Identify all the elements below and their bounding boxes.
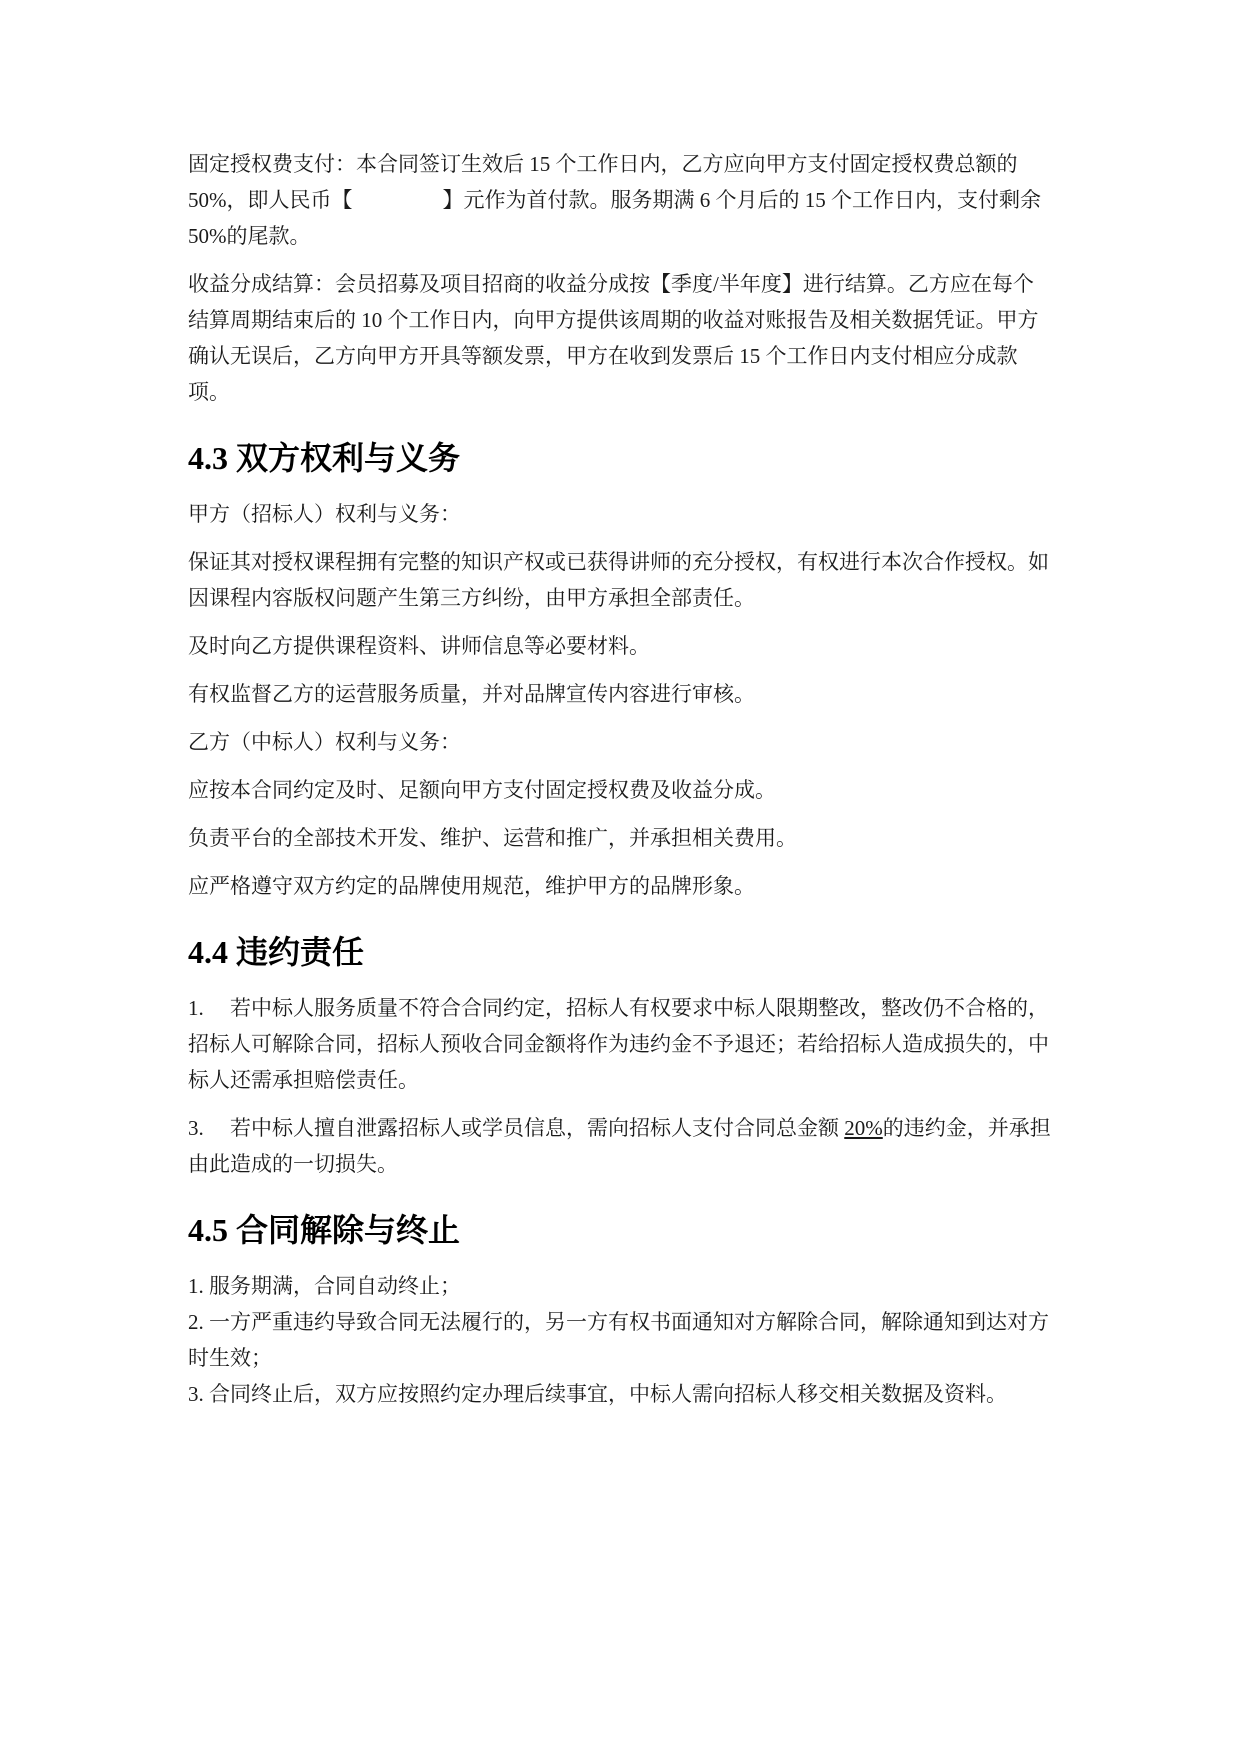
party-b-item: 应按本合同约定及时、足额向甲方支付固定授权费及收益分成。	[188, 772, 1054, 808]
document-page: 固定授权费支付：本合同签订生效后 15 个工作日内，乙方应向甲方支付固定授权费总…	[188, 146, 1054, 1412]
item-number: 1.	[188, 990, 230, 1026]
party-a-item: 保证其对授权课程拥有完整的知识产权或已获得讲师的充分授权，有权进行本次合作授权。…	[188, 544, 1054, 616]
item-text: 若中标人服务质量不符合合同约定，招标人有权要求中标人限期整改，整改仍不合格的，招…	[188, 996, 1049, 1092]
party-b-item: 负责平台的全部技术开发、维护、运营和推广，并承担相关费用。	[188, 820, 1054, 856]
section-4-5-heading: 4.5 合同解除与终止	[188, 1208, 1054, 1252]
section-4-3-heading: 4.3 双方权利与义务	[188, 436, 1054, 480]
party-a-title: 甲方（招标人）权利与义务：	[188, 496, 1054, 532]
revenue-share-paragraph: 收益分成结算：会员招募及项目招商的收益分成按【季度/半年度】进行结算。乙方应在每…	[188, 266, 1054, 410]
termination-item: 3. 合同终止后，双方应按照约定办理后续事宜，中标人需向招标人移交相关数据及资料…	[188, 1376, 1054, 1412]
breach-item-3: 3.若中标人擅自泄露招标人或学员信息，需向招标人支付合同总金额 20%的违约金，…	[188, 1110, 1054, 1182]
termination-item: 1. 服务期满，合同自动终止；	[188, 1268, 1054, 1304]
party-a-item: 有权监督乙方的运营服务质量，并对品牌宣传内容进行审核。	[188, 676, 1054, 712]
breach-item-1: 1.若中标人服务质量不符合合同约定，招标人有权要求中标人限期整改，整改仍不合格的…	[188, 990, 1054, 1098]
penalty-percentage: 20%	[844, 1116, 883, 1140]
item-number: 3.	[188, 1110, 230, 1146]
fixed-fee-payment-paragraph: 固定授权费支付：本合同签订生效后 15 个工作日内，乙方应向甲方支付固定授权费总…	[188, 146, 1054, 254]
section-4-4-heading: 4.4 违约责任	[188, 930, 1054, 974]
item-text-before: 若中标人擅自泄露招标人或学员信息，需向招标人支付合同总金额	[230, 1116, 844, 1140]
party-b-item: 应严格遵守双方约定的品牌使用规范，维护甲方的品牌形象。	[188, 868, 1054, 904]
party-b-title: 乙方（中标人）权利与义务：	[188, 724, 1054, 760]
party-a-item: 及时向乙方提供课程资料、讲师信息等必要材料。	[188, 628, 1054, 664]
termination-item: 2. 一方严重违约导致合同无法履行的，另一方有权书面通知对方解除合同，解除通知到…	[188, 1304, 1054, 1376]
